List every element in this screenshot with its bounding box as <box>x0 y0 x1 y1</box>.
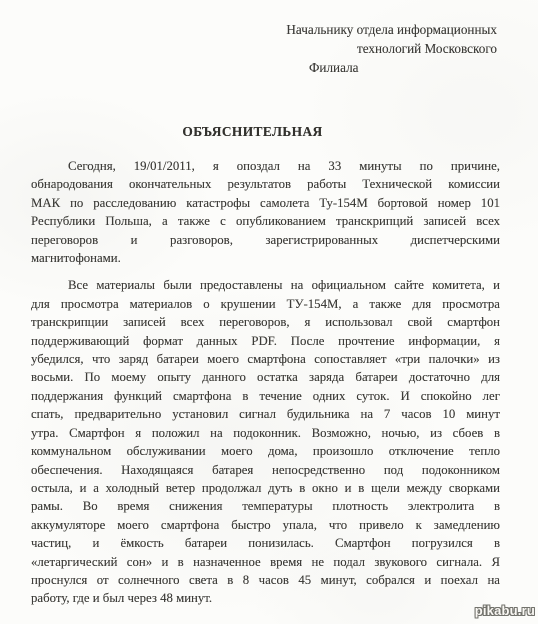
text-line: аккумуляторе моего смартфона быстро упал… <box>31 516 500 534</box>
addressee-line: технологий Московского <box>271 39 497 58</box>
text-line: рамы. Во время снижения температуры плот… <box>31 497 500 515</box>
document-body: Сегодня, 19/01/2011, я опоздал на 33 мин… <box>31 157 500 608</box>
addressee-block: Начальнику отдела информационных техноло… <box>271 20 497 77</box>
text-line: проснулся от солнечного света в 8 часов … <box>31 571 500 589</box>
text-line: МАК по расследованию катастрофы самолета… <box>31 194 500 212</box>
document-title: ОБЪЯСНИТЕЛЬНАЯ <box>18 124 487 140</box>
text-line: обнародования окончательных результатов … <box>31 175 500 193</box>
text-line: магнитофонами. <box>31 249 500 267</box>
addressee-line: Филиала <box>271 58 497 77</box>
text-line: убедился, что заряд батареи моего смартф… <box>31 350 500 368</box>
paragraph: Все материалы были предоставлены на офиц… <box>31 276 500 607</box>
text-line: коммунальном обслуживании моего дома, пр… <box>31 442 500 460</box>
text-line: спать, предварительно установил сигнал б… <box>31 405 500 423</box>
paragraph: Сегодня, 19/01/2011, я опоздал на 33 мин… <box>31 157 500 267</box>
text-line: утра. Смартфон я положил на подоконник. … <box>31 424 500 442</box>
text-line: остыла, и а холодный ветер продолжал дут… <box>31 479 500 497</box>
text-line: частиц, и ёмкость батареи понизилась. См… <box>31 534 500 552</box>
text-line: «летаргический сон» и в назначенное врем… <box>31 553 500 571</box>
text-line: работу, где и был через 48 минут. <box>31 589 500 607</box>
addressee-line: Начальнику отдела информационных <box>271 20 497 39</box>
watermark: pikabu.ru <box>475 603 535 618</box>
text-line: Все материалы были предоставлены на офиц… <box>31 276 500 294</box>
text-line: восьми. По моему опыту данного остатка з… <box>31 368 500 386</box>
text-line: Республики Польша, а также с опубликован… <box>31 212 500 230</box>
text-line: поддержания функций смартфона в течение … <box>31 387 500 405</box>
text-line: для просмотра материалов о крушении ТУ-1… <box>31 295 500 313</box>
text-line: Сегодня, 19/01/2011, я опоздал на 33 мин… <box>31 157 500 175</box>
text-line: поддерживающий формат данных PDF. После … <box>31 332 500 350</box>
text-line: транскрипции записей всех переговоров, я… <box>31 313 500 331</box>
scanned-document-page: Начальнику отдела информационных техноло… <box>0 0 538 624</box>
text-line: обеспечения. Находящаяся батарея непосре… <box>31 461 500 479</box>
text-line: переговоров и разговоров, зарегистрирова… <box>31 231 500 249</box>
